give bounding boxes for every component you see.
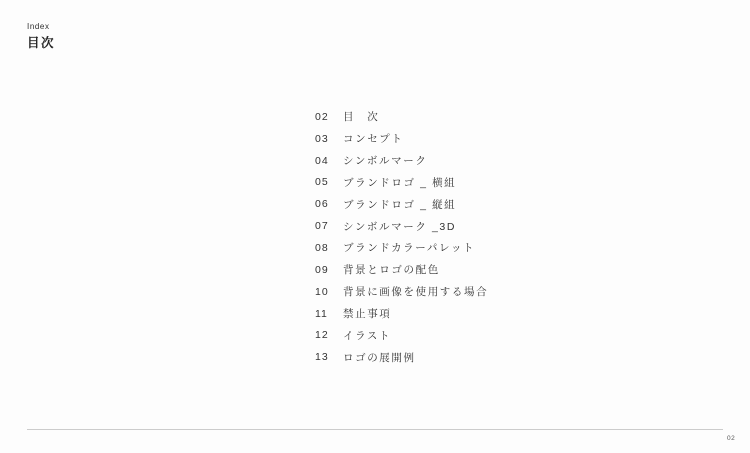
toc-item-number: 04 bbox=[315, 155, 330, 167]
toc-item: 07 シンボルマーク _3D bbox=[315, 215, 488, 237]
toc-item-label: ブランドカラーパレット bbox=[343, 240, 475, 255]
page-header: Index 目次 bbox=[27, 22, 55, 51]
toc-item-number: 11 bbox=[315, 308, 330, 320]
toc-item: 13 ロゴの展開例 bbox=[315, 346, 488, 368]
index-eyebrow-label: Index bbox=[27, 22, 55, 32]
toc-list: 02 目 次 03 コンセプト 04 シンボルマーク 05 ブランドロゴ _ 横… bbox=[315, 106, 488, 368]
toc-item-number: 05 bbox=[315, 176, 330, 188]
toc-item: 06 ブランドロゴ _ 縦組 bbox=[315, 193, 488, 215]
toc-item-label: 目 次 bbox=[343, 109, 379, 124]
toc-item-number: 03 bbox=[315, 133, 330, 145]
toc-item: 10 背景に画像を使用する場合 bbox=[315, 281, 488, 303]
toc-item-label: シンボルマーク bbox=[343, 153, 427, 168]
toc-item: 03 コンセプト bbox=[315, 128, 488, 150]
toc-item: 09 背景とロゴの配色 bbox=[315, 259, 488, 281]
toc-item-number: 08 bbox=[315, 242, 330, 254]
toc-item-label: シンボルマーク _3D bbox=[343, 219, 456, 234]
footer-rule bbox=[27, 429, 723, 430]
toc-item-number: 12 bbox=[315, 329, 330, 341]
toc-item-label: ロゴの展開例 bbox=[343, 350, 416, 365]
toc-item: 12 イラスト bbox=[315, 324, 488, 346]
toc-item-label: イラスト bbox=[343, 328, 391, 343]
toc-item-number: 02 bbox=[315, 111, 330, 123]
toc-item: 08 ブランドカラーパレット bbox=[315, 237, 488, 259]
toc-item-label: 禁止事項 bbox=[343, 306, 391, 321]
toc-item-label: 背景に画像を使用する場合 bbox=[343, 284, 488, 299]
document-page: Index 目次 02 目 次 03 コンセプト 04 シンボルマーク 05 ブ… bbox=[0, 0, 750, 453]
toc-item-number: 09 bbox=[315, 264, 330, 276]
toc-item: 02 目 次 bbox=[315, 106, 488, 128]
toc-item-label: コンセプト bbox=[343, 131, 404, 146]
toc-item-label: ブランドロゴ _ 縦組 bbox=[343, 197, 456, 212]
toc-item-number: 07 bbox=[315, 220, 330, 232]
toc-item-number: 06 bbox=[315, 198, 330, 210]
toc-item-label: 背景とロゴの配色 bbox=[343, 262, 440, 277]
page-title: 目次 bbox=[27, 36, 55, 51]
toc-item: 11 禁止事項 bbox=[315, 303, 488, 325]
toc-item-label: ブランドロゴ _ 横組 bbox=[343, 175, 456, 190]
toc-item-number: 13 bbox=[315, 351, 330, 363]
toc-item: 05 ブランドロゴ _ 横組 bbox=[315, 172, 488, 194]
toc-item: 04 シンボルマーク bbox=[315, 150, 488, 172]
toc-item-number: 10 bbox=[315, 286, 330, 298]
page-number: 02 bbox=[727, 435, 735, 442]
